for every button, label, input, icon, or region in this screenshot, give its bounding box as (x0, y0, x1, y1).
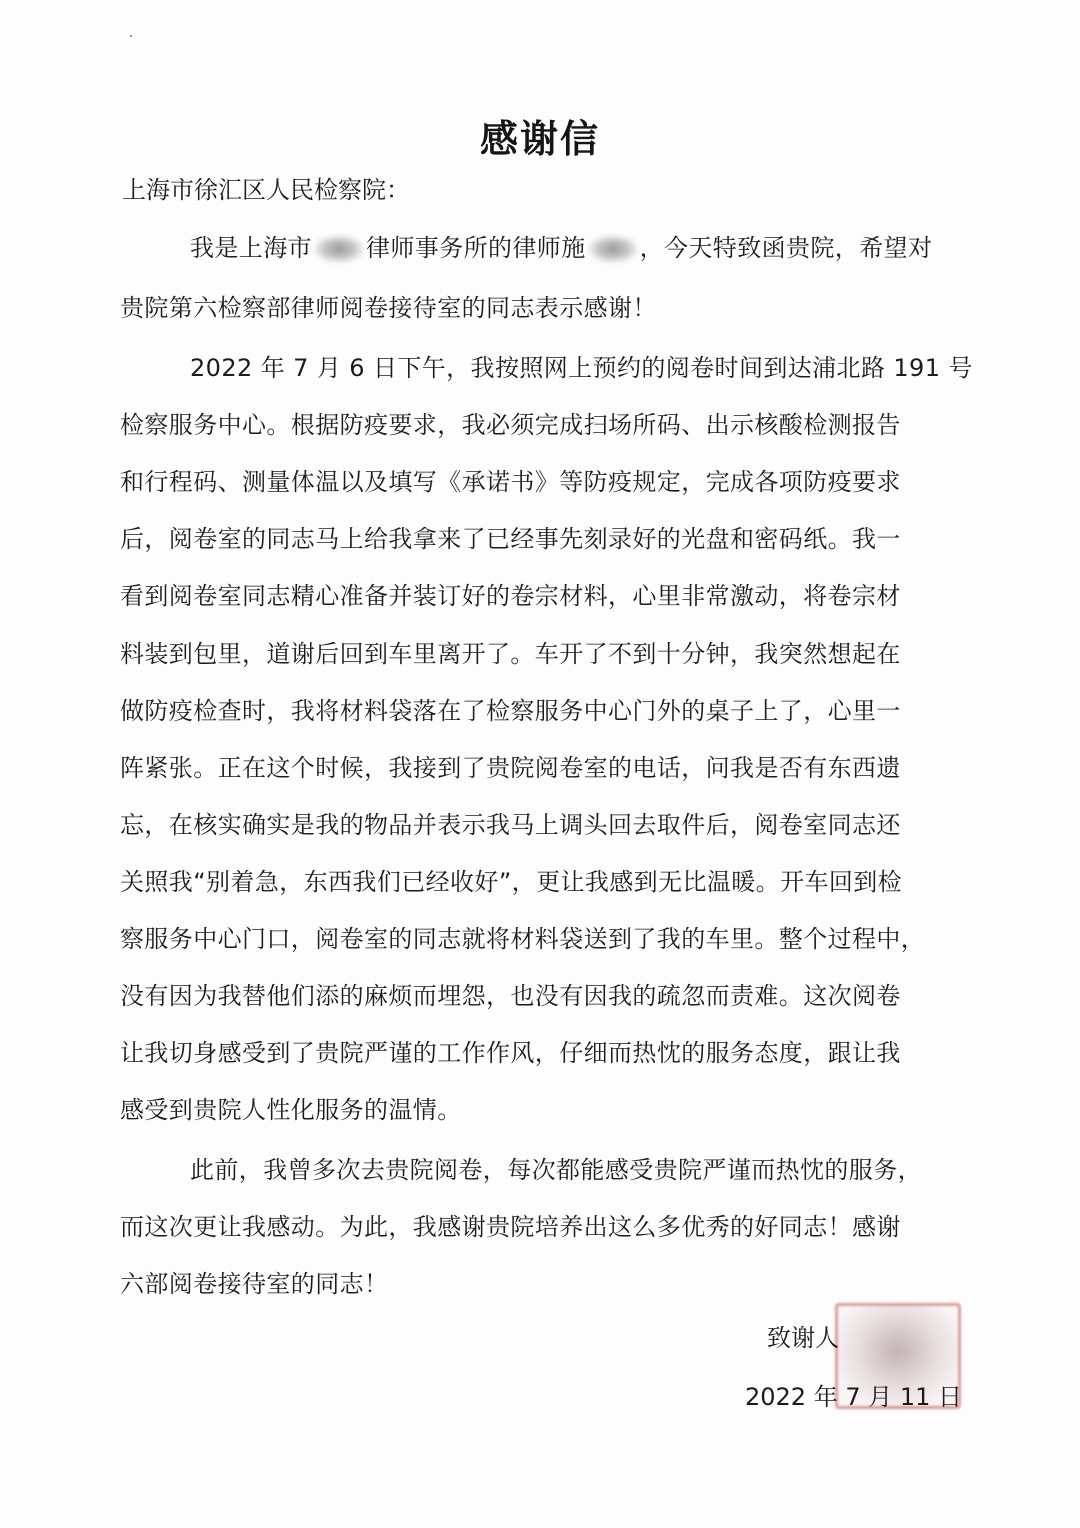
signer-label: 致谢人 (767, 1318, 839, 1353)
scan-speck (130, 35, 132, 37)
redacted-lawyer-name (588, 235, 638, 263)
salutation: 上海市徐汇区人民检察院： (122, 170, 410, 205)
paragraph2-line: 2022 年 7 月 6 日下午，我按照网上预约的阅卷时间到达浦北路 191 号 (190, 348, 973, 383)
paragraph2-line: 让我切身感受到了贵院严谨的工作作风，仔细而热忱的服务态度，跟让我 (120, 1033, 901, 1068)
paragraph3-line: 六部阅卷接待室的同志！ (120, 1264, 388, 1299)
paragraph2-line: 关照我“别着急，东西我们已经收好”，更让我感到无比温暖。开车回到检 (120, 862, 902, 897)
redacted-firm-name (314, 235, 364, 263)
paragraph3-line: 此前，我曾多次去贵院阅卷，每次都能感受贵院严谨而热忱的服务， (190, 1150, 922, 1185)
paragraph1-line1: 我是上海市律师事务所的律师施，今天特致函贵院，希望对 (190, 228, 932, 263)
paragraph2-line: 阵紧张。正在这个时候，我接到了贵院阅卷室的电话，问我是否有东西遗 (120, 748, 901, 783)
paragraph1-line2: 贵院第六检察部律师阅卷接待室的同志表示感谢！ (120, 288, 657, 323)
letter-title: 感谢信 (0, 108, 1080, 163)
paragraph2-line: 做防疫检查时，我将材料袋落在了检察服务中心门外的桌子上了，心里一 (120, 691, 901, 726)
paragraph2-line: 忘，在核实确实是我的物品并表示我马上调头回去取件后，阅卷室同志还 (120, 805, 901, 840)
letter-page: 感谢信 上海市徐汇区人民检察院： 我是上海市律师事务所的律师施，今天特致函贵院，… (0, 0, 1080, 1528)
letter-date: 2022 年 7 月 11 日 (745, 1377, 962, 1412)
paragraph2-line: 后，阅卷室的同志马上给我拿来了已经事先刻录好的光盘和密码纸。我一 (120, 519, 901, 554)
paragraph2-line: 感受到贵院人性化服务的温情。 (120, 1090, 462, 1125)
paragraph2-line: 没有因为我替他们添的麻烦而埋怨，也没有因我的疏忽而责难。这次阅卷 (120, 976, 901, 1011)
paragraph2-line: 料装到包里，道谢后回到车里离开了。车开了不到十分钟，我突然想起在 (120, 634, 901, 669)
paragraph3-line: 而这次更让我感动。为此，我感谢贵院培养出这么多优秀的好同志！感谢 (120, 1207, 901, 1242)
paragraph2-line: 和行程码、测量体温以及填写《承诺书》等防疫规定，完成各项防疫要求 (120, 462, 901, 497)
paragraph2-line: 察服务中心门口，阅卷室的同志就将材料袋送到了我的车里。整个过程中， (120, 919, 925, 954)
paragraph2-line: 看到阅卷室同志精心准备并装订好的卷宗材料，心里非常激动，将卷宗材 (120, 576, 901, 611)
paragraph2-line: 检察服务中心。根据防疫要求，我必须完成扫场所码、出示核酸检测报告 (120, 405, 901, 440)
